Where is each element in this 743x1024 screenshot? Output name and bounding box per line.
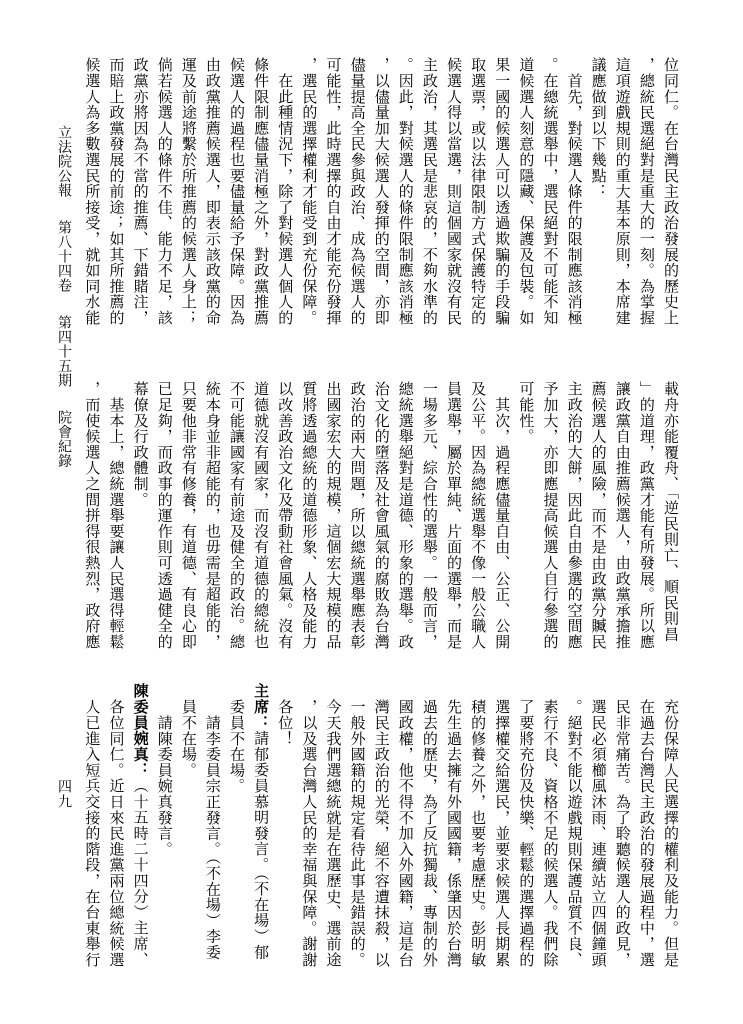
text-column: 灣民主政治的光榮，絕不容遭抹殺，以 (370, 699, 394, 984)
text-tier-middle: 載舟亦能覆舟、「逆民則亡、順民則昌 」的道理，政黨才能有所發展。所以應 讓政黨自… (80, 381, 683, 681)
text-column: ，而使候選人之間拼得很熱烈，政府應 (80, 381, 104, 666)
text-tier-bottom: 充份保障人民選擇的權利及能力。但是 在過去台灣民主政治的發展過程中，選 民非常痛… (80, 699, 683, 999)
text-column: 各位！ (273, 699, 297, 984)
text-column: 其次，過程應儘量自由、公正、公開 (490, 381, 514, 666)
text-column: 薦候選人的風險，而不是由政黨分贓民 (587, 381, 611, 666)
text-column: 基本上，總統選舉要讓人民選得輕鬆 (104, 381, 128, 666)
text-column: 幕僚及行政體制。 (128, 381, 152, 666)
text-column: 委員不在場。 (225, 699, 249, 984)
text-column: ，以儘量加大候選人發揮的空間，亦即 (370, 57, 394, 342)
text-column: 載舟亦能覆舟、「逆民則亡、順民則昌 (659, 381, 683, 666)
text-column: 今天我們選總統就是在選歷史、選前途 (321, 699, 345, 984)
text-tier-top: 位同仁。在台灣民主政治發展的歷史上 ，總統民選絕對是重大的一刻。為掌握 這項遊戲… (80, 57, 683, 357)
text-column: 請李委員宗正發言。（不在場）李委 (201, 699, 225, 984)
page-number: 四九 (56, 779, 71, 809)
text-column: 員選舉，屬於單純、片面的選舉，而是 (442, 381, 466, 666)
text-column: 先生過去擁有外國國籍，係肇因於台灣 (442, 699, 466, 984)
text-column: 在過去台灣民主政治的發展過程中，選 (635, 699, 659, 984)
speaker-name: 主席： (252, 683, 270, 730)
text-column: 民非常痛苦。為了聆聽候選人的政見， (611, 699, 635, 984)
text-column: 只要他非常有修養，有道德、有良心即 (177, 381, 201, 666)
gazette-page: 立法院公報 第八十四卷 第四十五期 院會紀錄 四九 位同仁。在台灣民主政治發展的… (0, 0, 743, 1024)
text-column: 充份保障人民選擇的權利及能力。但是 (659, 699, 683, 984)
text-column: 而賠上政黨發展的前途；如其所推薦的 (104, 57, 128, 342)
text-column: 一場多元、綜合性的選舉。一般而言， (418, 381, 442, 666)
text-column: 人已進入短兵交接的階段，在台東舉行 (80, 699, 104, 984)
text-column: 首先，對候選人條件的限制應該消極 (562, 57, 586, 342)
gazette-header: 立法院公報 第八十四卷 第四十五期 院會紀錄 (56, 125, 71, 468)
text-column: 已足夠，而政事的運作則可透過健全的 (153, 381, 177, 666)
text-column: 積的修養之外，也要考慮歷史。彭明敏 (466, 699, 490, 984)
text-column: 國政權，他不得不加入外國籍，這是台 (394, 699, 418, 984)
text-column: 。在總統選舉中，選民絕對不可能不知 (538, 57, 562, 342)
speaker-column-legislator: 陳委員婉真：（十五時二十四分）主席、 (128, 683, 152, 983)
text-column: 候選人為多數選民所接受，就如同水能 (80, 57, 104, 342)
text-column: 可能性。 (514, 381, 538, 666)
text-column: 過去的歷史，為了反抗獨裁、專制的外 (418, 699, 442, 984)
text-column: 由政黨推薦候選人，即表示該政黨的命 (201, 57, 225, 342)
text-column: 議應做到以下幾點： (587, 57, 611, 342)
text-column: 讓政黨自由推薦候選人，由政黨承擔推 (611, 381, 635, 666)
text-column: 。絕對不能以遊戲規則保護品質不良、 (562, 699, 586, 984)
text-column: 在此種情況下，除了對候選人個人的 (273, 57, 297, 342)
text-column: 候選人得以當選，則這個國家就沒有民 (442, 57, 466, 342)
text-column: 。因此，對候選人的條件限制應該消極 (394, 57, 418, 342)
text-column: 予加大，亦即應提高候選人自行參選的 (538, 381, 562, 666)
text-column: ，以及選台灣人民的幸福與保障。謝謝 (297, 699, 321, 984)
text-column: 及公平。因為總統選舉不像一般公職人 (466, 381, 490, 666)
issue-label: 第四十五期 (56, 315, 71, 388)
section-label: 院會紀錄 (56, 410, 71, 468)
text-column: 統本身並非超能的，也毋需是超能的， (201, 381, 225, 666)
text-column: 選民必須櫛風沐雨、連續站立四個鐘頭 (587, 699, 611, 984)
text-column: 道候選人刻意的隱藏、保護及包裝。如 (514, 57, 538, 342)
text-column: 素行不良、資格不足的候選人。我們除 (538, 699, 562, 984)
text-column: 員不在場。 (177, 699, 201, 984)
text-column: 政黨亦將因為不當的推薦、下錯賭注， (128, 57, 152, 342)
speech-text: 請郁委員慕明發言。（不在場）郁 (252, 731, 270, 961)
volume-label: 第八十四卷 (56, 220, 71, 293)
text-column: 治文化的墮落及社會風氣的腐敗為台灣 (370, 381, 394, 666)
text-column: 各位同仁。近日來民進黨兩位總統候選 (104, 699, 128, 984)
speech-text: （十五時二十四分）主席、 (132, 778, 150, 968)
text-column: 政治的兩大問題，所以總統選舉應表彰 (345, 381, 369, 666)
text-column: 以改善政治文化及帶動社會風氣。沒有 (273, 381, 297, 666)
text-column: 請陳委員婉真發言。 (153, 699, 177, 984)
text-column: 了要將充份及快樂、輕鬆的選擇過程的 (514, 699, 538, 984)
text-column: 總統選舉絕對是道德、形象的選舉。政 (394, 381, 418, 666)
text-column: 道德就沒有國家，而沒有道德的總統也 (249, 381, 273, 666)
text-column: 主政治的大餅，因此自由參選的空間應 (562, 381, 586, 666)
text-column: 候選人的過程也要儘量給予保障。因為 (225, 57, 249, 342)
text-column: 主政治，其選民是悲哀的，不夠水準的 (418, 57, 442, 342)
text-column: ，選民的選擇權利才能受到充份保障。 (297, 57, 321, 342)
speaker-name: 陳委員婉真： (132, 683, 150, 778)
text-column: 選擇權交給選民，並要求候選人長期累 (490, 699, 514, 984)
text-column: 出國家宏大的規模，這個宏大規模的品 (321, 381, 345, 666)
text-column: 條件限制應儘量消極之外，對政黨推薦 (249, 57, 273, 342)
text-column: 取選票，或以法律限制方式保護特定的 (466, 57, 490, 342)
text-column: 可能性，此時選擇的自由才能充份發揮 (321, 57, 345, 342)
text-column: ，總統民選絕對是重大的一刻。為掌握 (635, 57, 659, 342)
text-column: 」的道理，政黨才能有所發展。所以應 (635, 381, 659, 666)
text-column: 位同仁。在台灣民主政治發展的歷史上 (659, 57, 683, 342)
speaker-column-chair: 主席：請郁委員慕明發言。（不在場）郁 (249, 683, 273, 983)
text-column: 一般外國籍的規定看待此事是錯誤的。 (345, 699, 369, 984)
text-column: 不可能讓國家有前途及健全的政治。總 (225, 381, 249, 666)
text-column: 質將透過總統的道德形象、人格及能力 (297, 381, 321, 666)
text-column: 倘若候選人的條件不佳、能力不足，該 (153, 57, 177, 342)
text-column: 運及前途將繫於所推薦的候選人身上； (177, 57, 201, 342)
text-column: 儘量提高全民參與政治、成為候選人的 (345, 57, 369, 342)
text-column: 果一國的候選人可以透過欺騙的手段騙 (490, 57, 514, 342)
text-column: 這項遊戲規則的重大基本原則，本席建 (611, 57, 635, 342)
publication-title: 立法院公報 (56, 125, 71, 198)
